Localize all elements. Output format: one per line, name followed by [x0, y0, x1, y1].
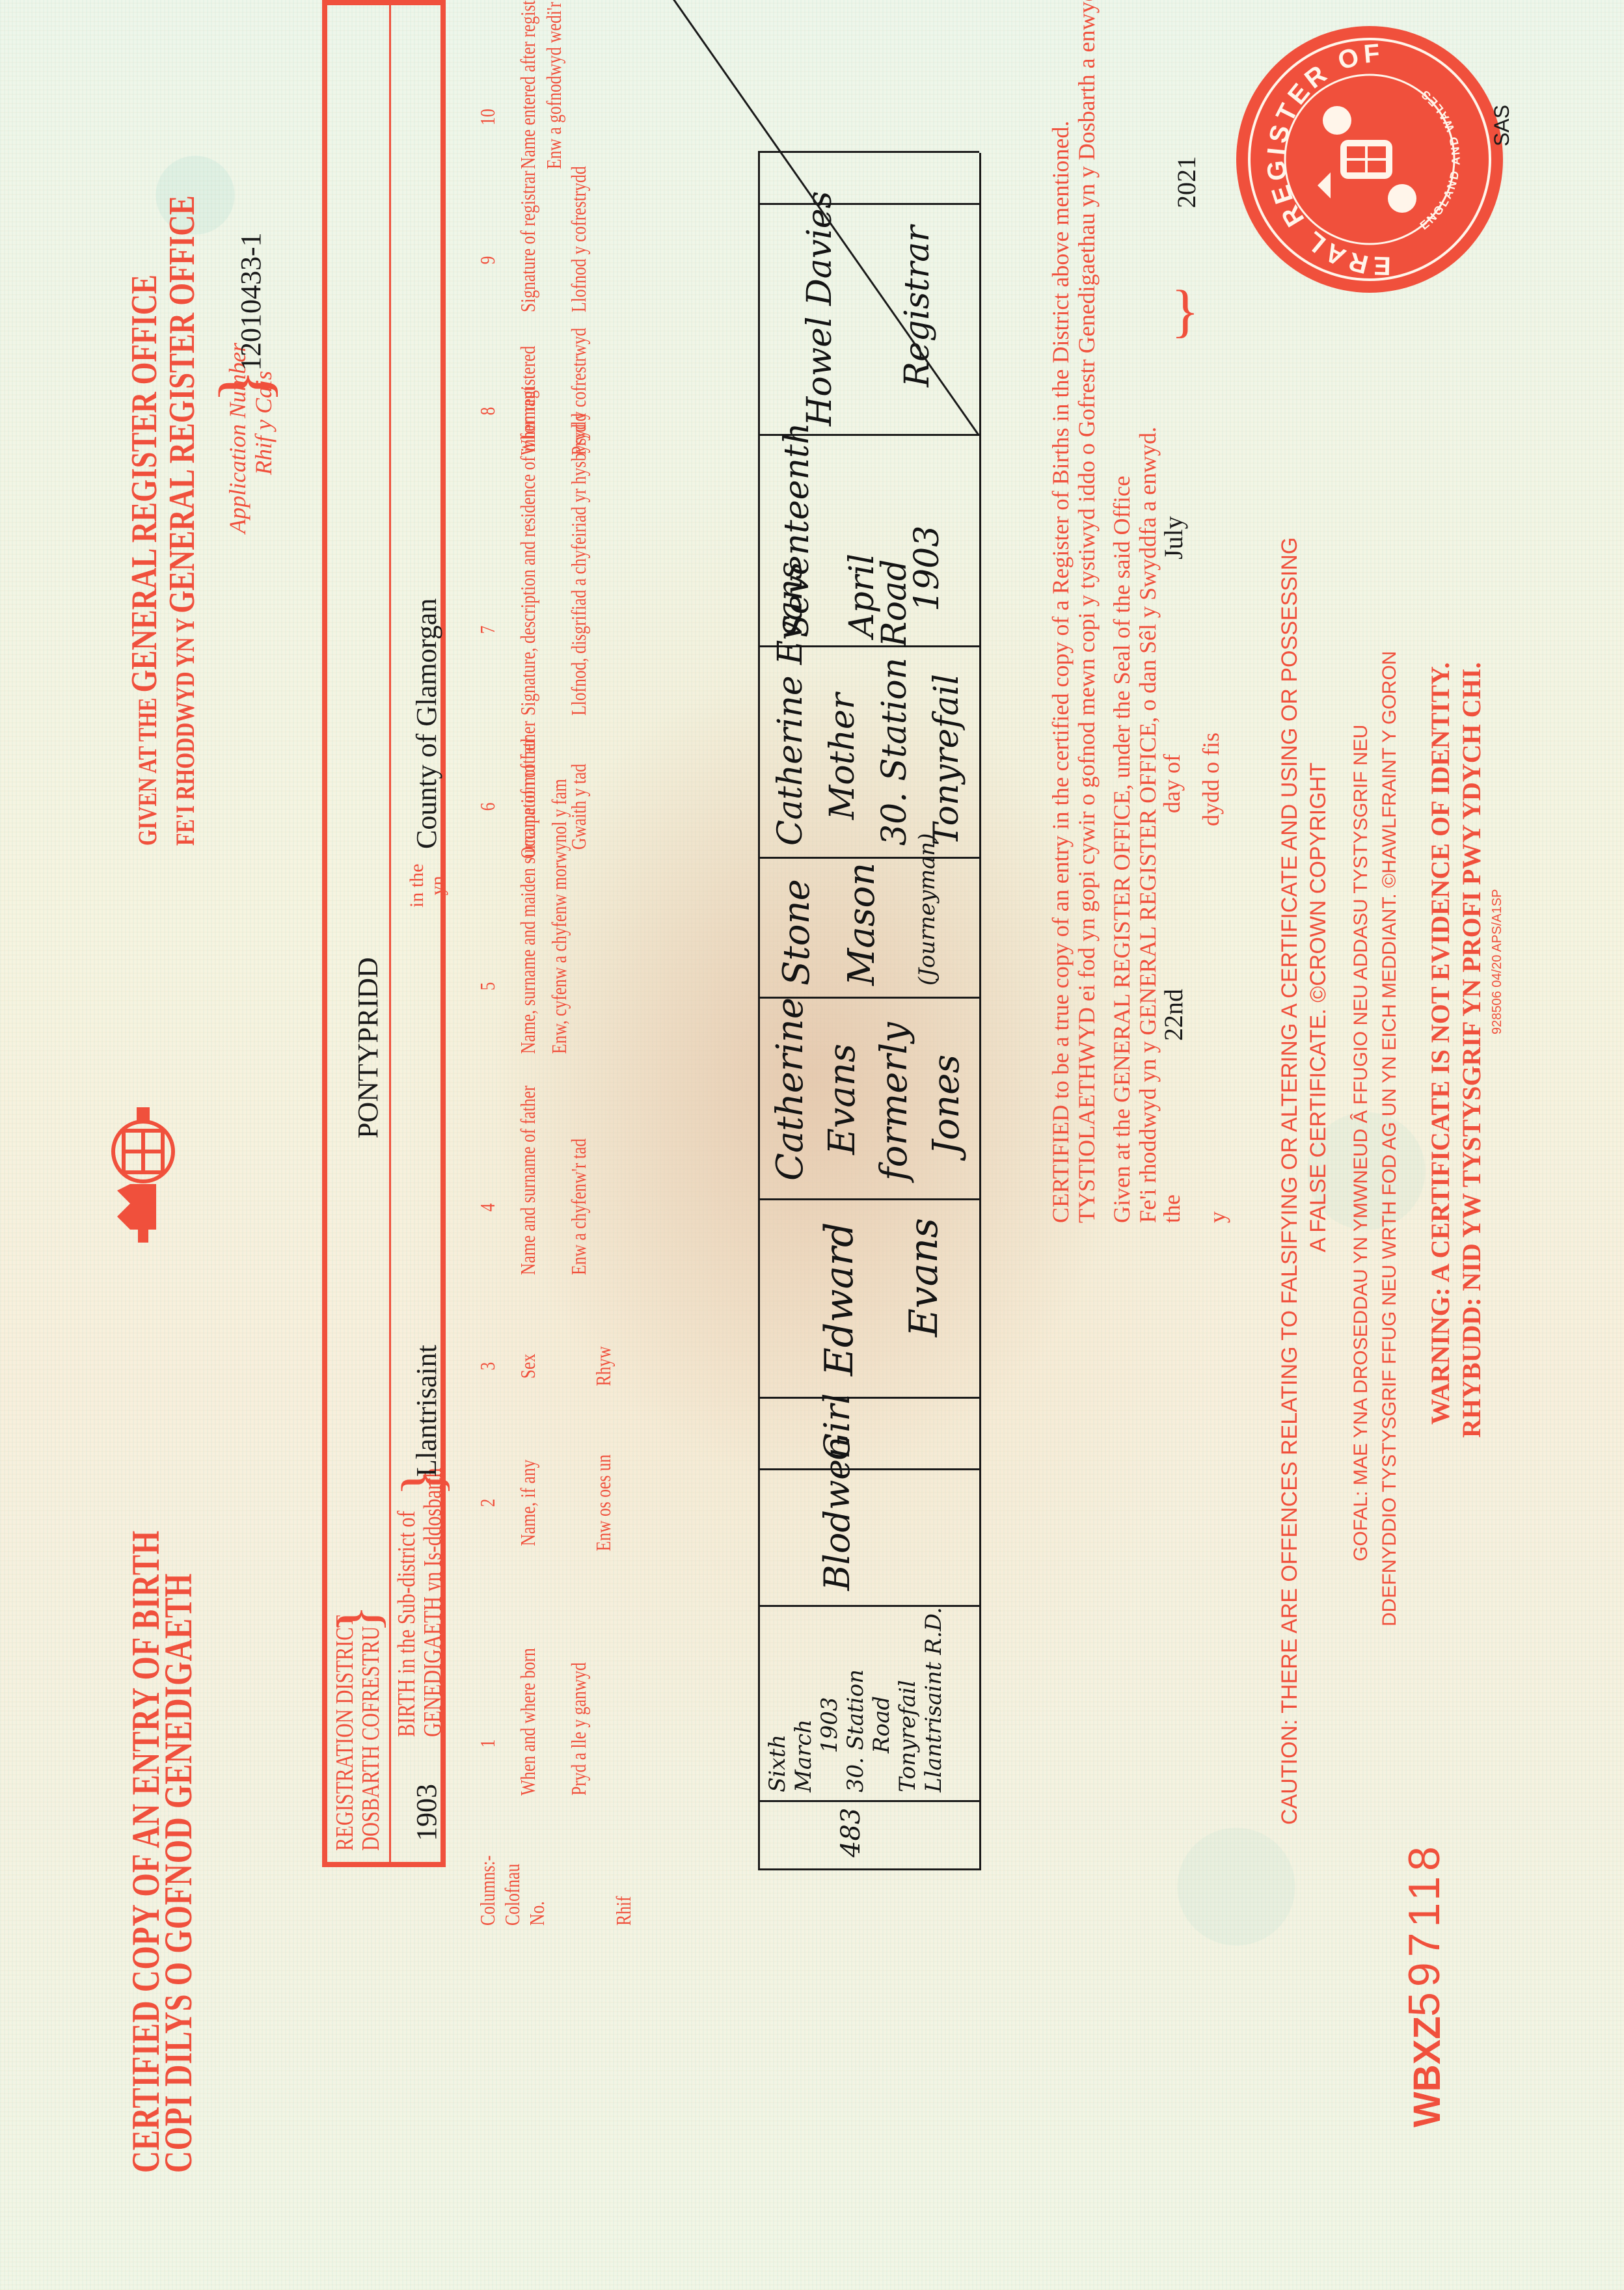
brace: } — [1171, 278, 1199, 345]
registrar-initials: SAS — [1490, 105, 1514, 146]
certificate-year: 2021 — [1171, 156, 1202, 208]
entry-father-occupation: Stone Mason (Journeyman) — [765, 833, 960, 986]
entry-sex: Girl — [817, 1394, 858, 1461]
district-divider — [389, 5, 391, 1862]
caution-cy: GOFAL: MAE YNA DROSEDDAU YN YMWNEUD Â FF… — [1347, 651, 1404, 1626]
entry-no: 483 — [836, 1808, 866, 1857]
registration-year: 1903 — [410, 1784, 443, 1841]
day-of-cy: dydd o fis — [1197, 733, 1225, 826]
given-at-en: GIVEN AT THE GENERAL REGISTER OFFICE — [124, 275, 165, 846]
col-header-3: 3 Sex Rhyw — [475, 1340, 616, 1392]
columns-no-cy: Rhif — [612, 1896, 636, 1926]
county-value: County of Glamorgan — [410, 599, 443, 849]
subdistrict-label: BIRTH in the Sub-district of GENEDIGAETH… — [394, 1468, 446, 1737]
print-code: 928506 04/20 APS/A1SP — [1490, 889, 1505, 1034]
serial-prefix: WBXZ — [1405, 2016, 1449, 2127]
col-header-10: 10 Name entered after registration Enw a… — [475, 65, 566, 169]
col-header-6: 6 Occupation of father Gwaith y tad — [475, 755, 591, 859]
general-register-office-seal-icon: GENERAL REGISTER OFFICE ENGLAND AND WALE… — [1233, 23, 1506, 296]
royal-crest-icon — [104, 1093, 182, 1249]
certificate: CERTIFIED COPY OF AN ENTRY OF BIRTH COPI… — [0, 0, 1624, 2290]
columns-label: Columns:- Colofnau No. — [475, 1855, 549, 1926]
subdistrict-value: Llantrisaint — [410, 1345, 443, 1477]
title-cy: COPI DILYS O GOFNOD GENEDIGAETH — [156, 1573, 201, 2173]
col-header-1: 1 When and where born Pryd a lle y ganwy… — [475, 1691, 591, 1796]
certificate-day: 22nd — [1158, 989, 1189, 1041]
application-number: 12010433-1 — [234, 232, 267, 371]
col-header-2: 2 Name, if any Enw os oes un — [475, 1451, 616, 1555]
col-header-4: 4 Name and surname of father Enw a chyfe… — [475, 1140, 591, 1275]
county-prefix: in the yn — [407, 864, 448, 908]
entry-when-registered: Seventeenth April 1903 — [765, 423, 960, 638]
col-header-7: 7 Signature, description and residence o… — [475, 544, 591, 716]
brace: } — [325, 1605, 392, 1633]
brace: } — [215, 369, 273, 403]
warning: WARNING: A CERTIFICATE IS NOT EVIDENCE O… — [1425, 662, 1487, 1438]
entry-father: Edward Evans — [797, 1218, 966, 1376]
caution-en: CAUTION: THERE ARE OFFENCES RELATING TO … — [1275, 537, 1333, 1825]
strike-through-line — [569, 0, 986, 436]
entry-when-where: Sixth March 1903 30. Station Road Tonyre… — [765, 1607, 947, 1792]
serial-number: 597118 — [1399, 1841, 1450, 2017]
register-entry-table: 483 Sixth March 1903 30. Station Road To… — [758, 153, 986, 1870]
certificate-month: July — [1158, 516, 1189, 559]
date-the-en: the — [1158, 1194, 1185, 1223]
date-the-cy: y — [1204, 1211, 1231, 1223]
district-value: PONTYPRIDD — [351, 957, 385, 1138]
col-header-5: 5 Name, surname and maiden surname of mo… — [475, 919, 571, 1054]
entry-mother: Catherine Evans formerly Jones — [765, 997, 973, 1181]
day-of-en: day of — [1158, 754, 1185, 813]
district-label: REGISTRATION DISTRICT DOSBARTH COFRESTRU — [332, 1615, 384, 1851]
certification-text: CERTIFIED to be a true copy of an entry … — [1048, 0, 1161, 1223]
given-at-cy: FE'I RHODDWYD YN Y GENERAL REGISTER OFFI… — [161, 195, 203, 846]
